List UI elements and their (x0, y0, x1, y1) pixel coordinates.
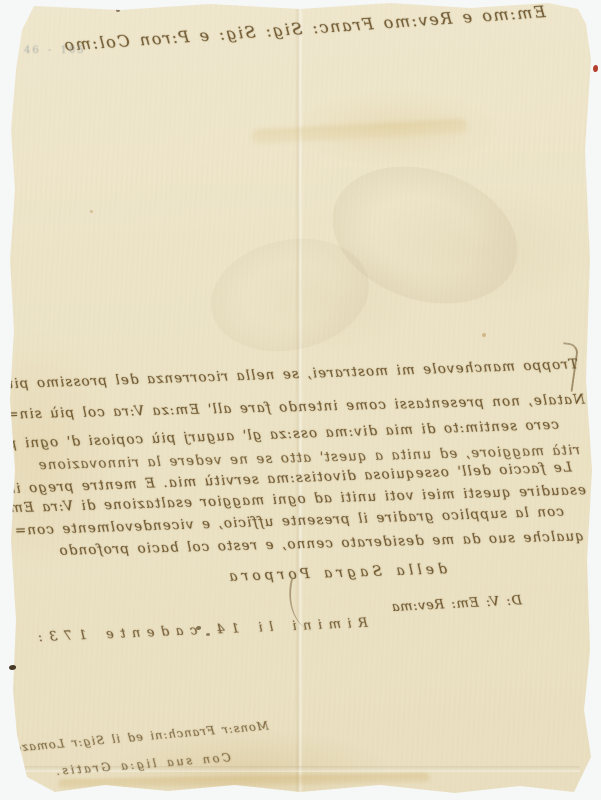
ink-speck (116, 8, 120, 12)
ink-speck (196, 626, 201, 630)
dark-speck (9, 665, 16, 670)
fox-spot (90, 210, 93, 213)
fox-spot (482, 333, 486, 337)
letter-paper: Em:mo e Rev:mo Franc: Sig: Sig: e P:ron … (0, 0, 601, 800)
dateline: Rimini li 14 cadente 173: (36, 616, 368, 645)
letter-heading: Em:mo e Rev:mo Franc: Sig: Sig: e P:ron … (146, 2, 546, 49)
docket-line: Mons:r Franch:ni ed il Sig:r Lomazo m:o (26, 718, 269, 753)
red-speck (593, 65, 598, 72)
ink-bleed-streak (252, 118, 467, 144)
closing-formula: D: V: Em: Rev:ma (416, 593, 523, 614)
pencil-inventory-mark: 46 - 105 (24, 45, 96, 56)
ink-speck (206, 633, 210, 636)
docket-line: Con sua lig:a Gratis. (56, 750, 232, 778)
ink-bleed-streak (58, 773, 430, 789)
closing-courtesy-line: della Sagra Porpora (232, 561, 447, 584)
